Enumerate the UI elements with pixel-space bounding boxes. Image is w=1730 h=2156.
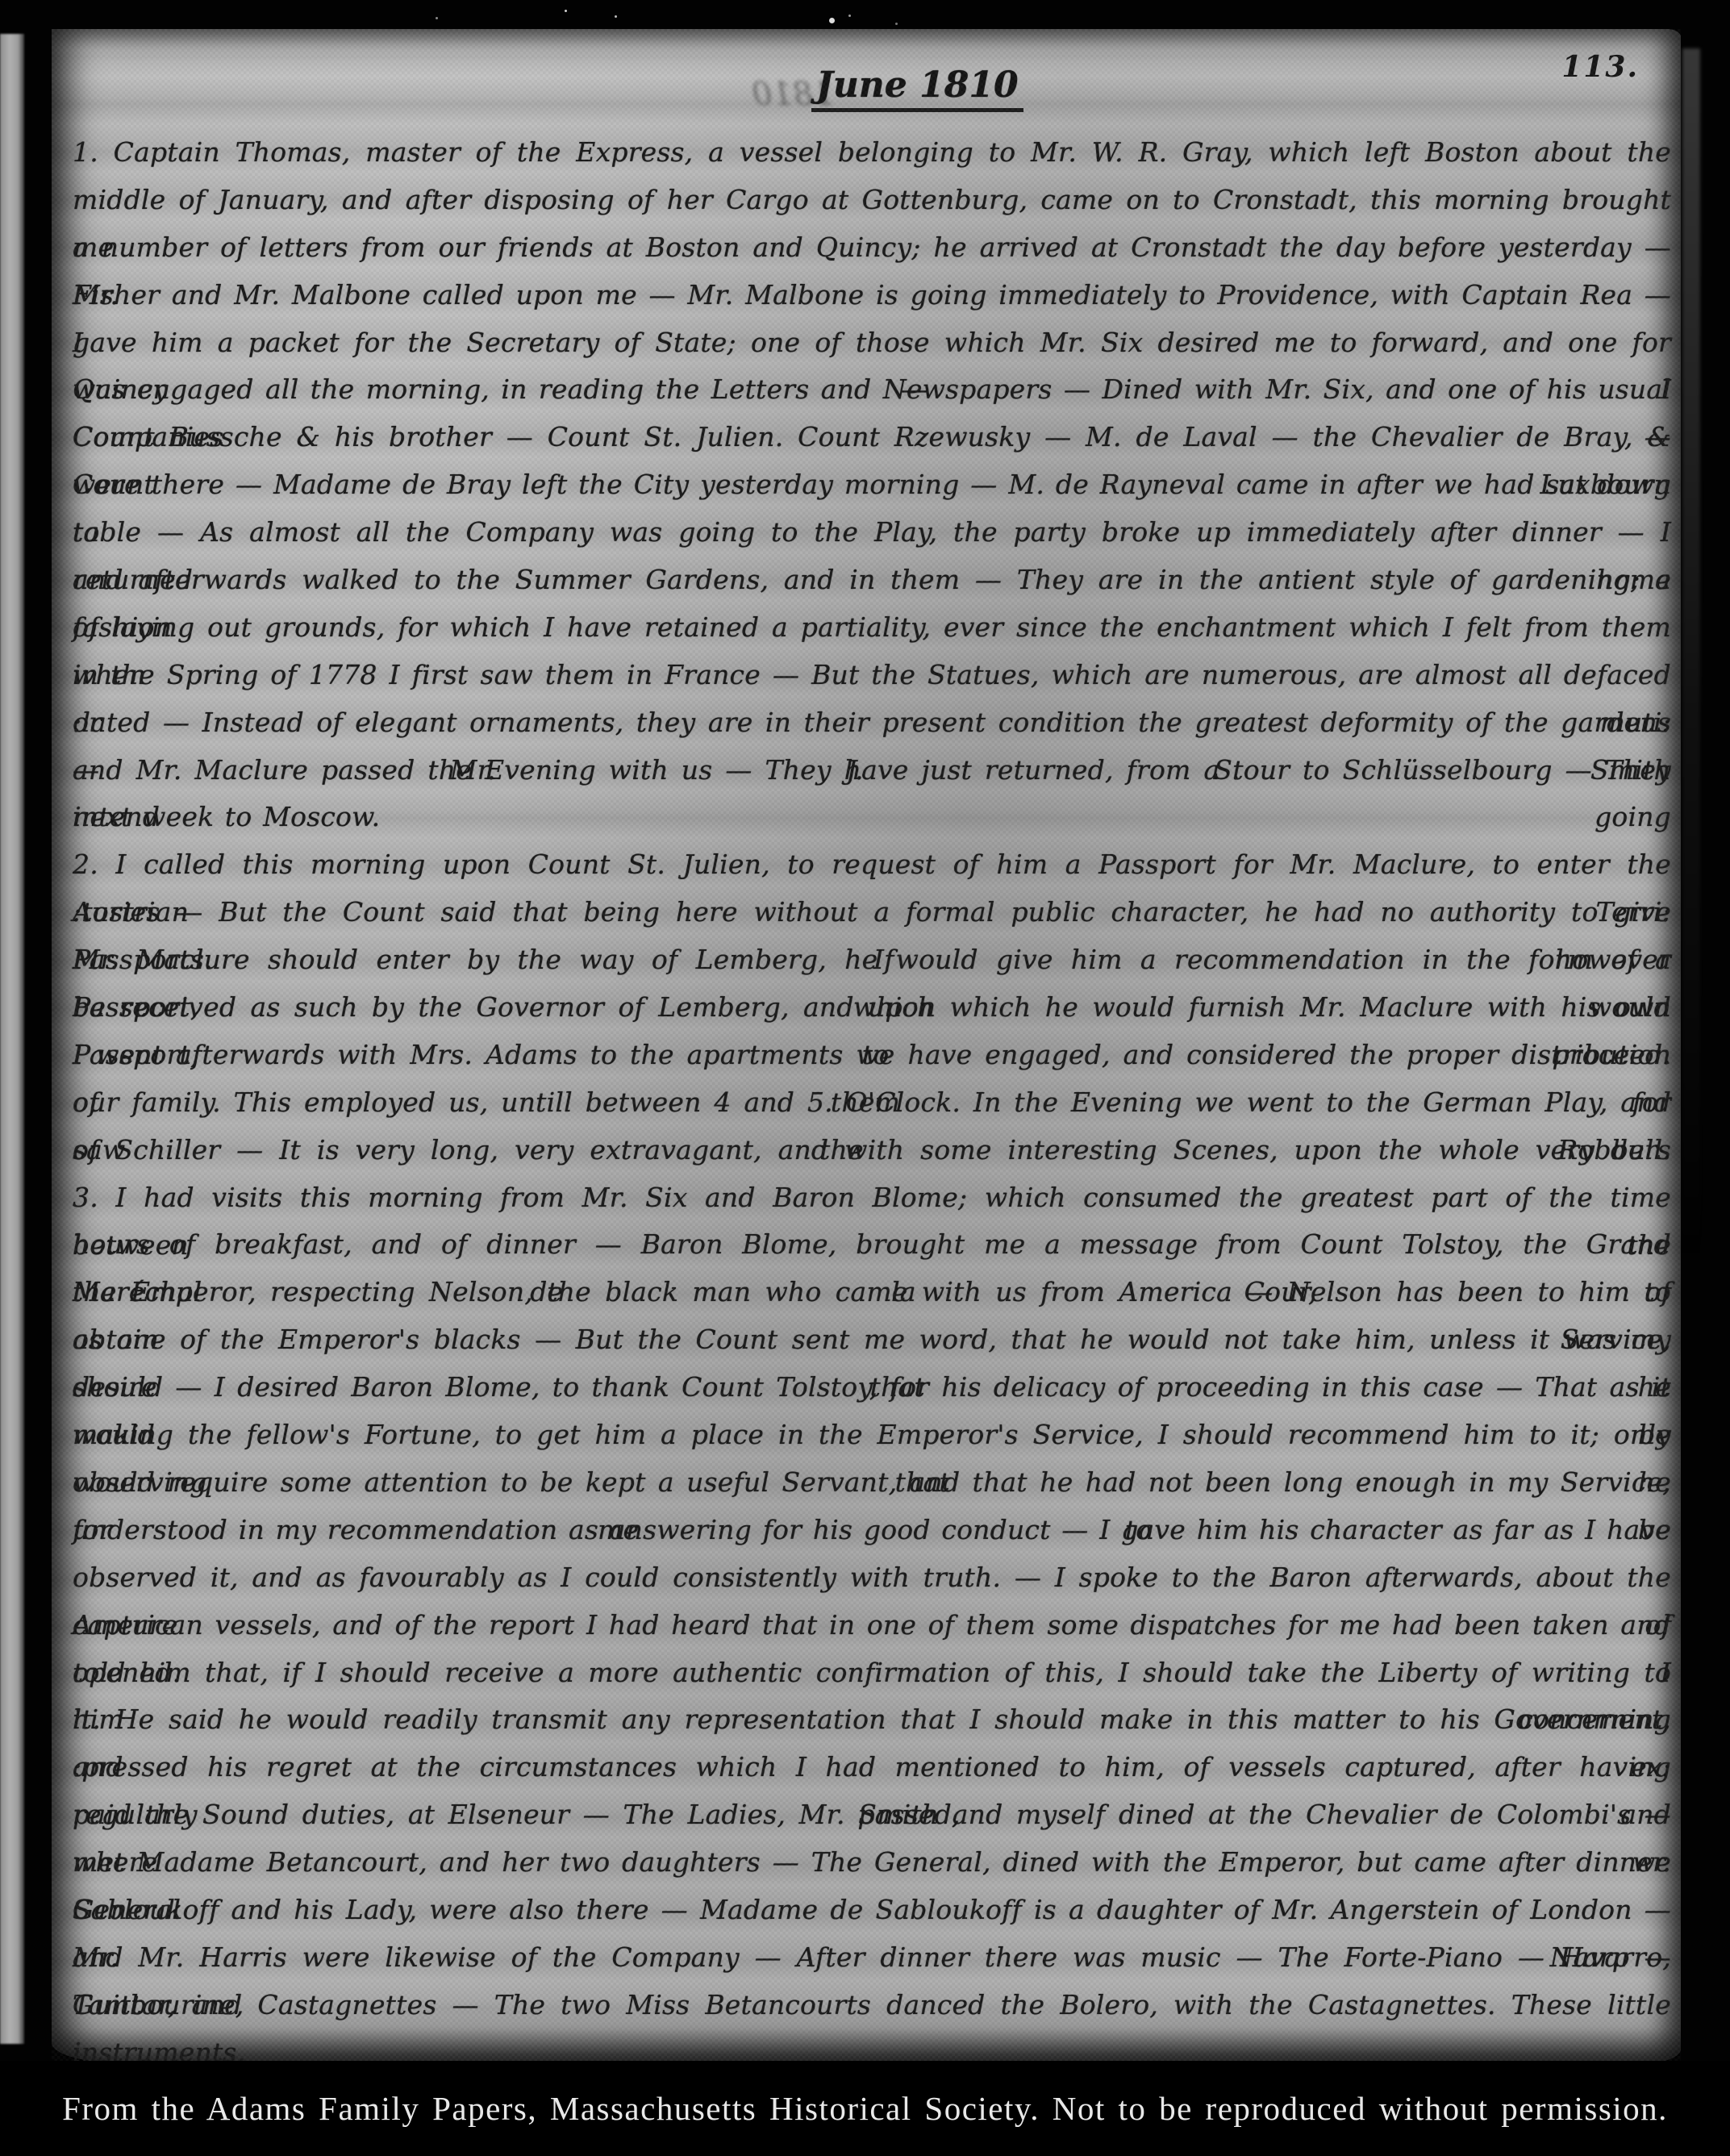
manuscript-line: making the fellow's Fortune, to get him … — [73, 1412, 1671, 1459]
manuscript-line: 3. I had visits this morning from Mr. Si… — [73, 1174, 1671, 1222]
manuscript-line: :tories — But the Count said that being … — [73, 889, 1671, 936]
manuscript-line: met Madame Betancourt, and her two daugh… — [73, 1839, 1671, 1887]
manuscript-text: 1. Captain Thomas, master of the Express… — [73, 129, 1671, 2029]
manuscript-line: be received as such by the Governor of L… — [73, 984, 1671, 1032]
manuscript-line: was engaged all the morning, in reading … — [73, 366, 1671, 414]
manuscript-line: would require some attention to be kept … — [73, 1459, 1671, 1507]
manuscript-line: in the Spring of 1778 I first saw them i… — [73, 652, 1671, 699]
diary-page: 113. 1810 June 1810 1. Captain Thomas, m… — [52, 29, 1681, 2063]
page-number: 113. — [1561, 50, 1639, 84]
manuscript-line: Guittar, and Castagnettes — The two Miss… — [73, 1982, 1671, 2029]
manuscript-line: Mr. Maclure should enter by the way of L… — [73, 936, 1671, 984]
manuscript-line: of Schiller — It is very long, very extr… — [73, 1127, 1671, 1174]
manuscript-line: observed it, and as favourably as I coul… — [73, 1554, 1671, 1602]
manuscript-line: Sabloukoff and his Lady, were also there… — [73, 1887, 1671, 1934]
manuscript-scan: 113. 1810 June 1810 1. Captain Thomas, m… — [0, 0, 1730, 2156]
manuscript-line: American vessels, and of the report I ha… — [73, 1602, 1671, 1649]
manuscript-line: and Mr. Maclure passed the Evening with … — [73, 747, 1671, 794]
manuscript-line: gave him a packet for the Secretary of S… — [73, 319, 1671, 367]
caption-text: From the Adams Family Papers, Massachuse… — [62, 2089, 1668, 2128]
manuscript-line: 2. I called this morning upon Count St. … — [73, 841, 1671, 889]
manuscript-line: as one of the Emperor's blacks — But the… — [73, 1316, 1671, 1364]
manuscript-line: of laying out grounds, for which I have … — [73, 604, 1671, 652]
manuscript-line: middle of January, and after disposing o… — [73, 177, 1671, 224]
manuscript-line: Count Bussche & his brother — Count St. … — [73, 414, 1671, 461]
manuscript-line: were there — Madame de Bray left the Cit… — [73, 461, 1671, 509]
manuscript-line: and afterwards walked to the Summer Gard… — [73, 557, 1671, 604]
facing-page-edge — [0, 34, 24, 2044]
manuscript-line: a number of letters from our friends at … — [73, 224, 1671, 272]
manuscript-line: told him that, if I should receive a mor… — [73, 1649, 1671, 1697]
manuscript-line: :lated — Instead of elegant ornaments, t… — [73, 699, 1671, 747]
manuscript-line: it. He said he would readily transmit an… — [73, 1696, 1671, 1744]
manuscript-line: hours of breakfast, and of dinner — Baro… — [73, 1221, 1671, 1269]
page-right-edge — [1682, 48, 1700, 1258]
page-title: June 1810 — [811, 65, 1023, 112]
manuscript-line: :pressed his regret at the circumstances… — [73, 1744, 1671, 1791]
manuscript-line: the Emperor, respecting Nelson, the blac… — [73, 1269, 1671, 1316]
manuscript-line: and Mr. Harris were likewise of the Comp… — [73, 1934, 1671, 1982]
manuscript-line: Fisher and Mr. Malbone called upon me — … — [73, 272, 1671, 319]
caption-bar: From the Adams Family Papers, Massachuse… — [0, 2061, 1730, 2156]
dust-specks — [565, 10, 567, 12]
manuscript-line: our family. This employed us, untill bet… — [73, 1079, 1671, 1127]
manuscript-line: understood in my recommendation as answe… — [73, 1507, 1671, 1554]
manuscript-line: table — As almost all the Company was go… — [73, 509, 1671, 557]
manuscript-line: I went afterwards with Mrs. Adams to the… — [73, 1032, 1671, 1079]
manuscript-line: should — I desired Baron Blome, to thank… — [73, 1364, 1671, 1412]
manuscript-line: 1. Captain Thomas, master of the Express… — [73, 129, 1671, 177]
manuscript-line: paid the Sound duties, at Elseneur — The… — [73, 1791, 1671, 1839]
